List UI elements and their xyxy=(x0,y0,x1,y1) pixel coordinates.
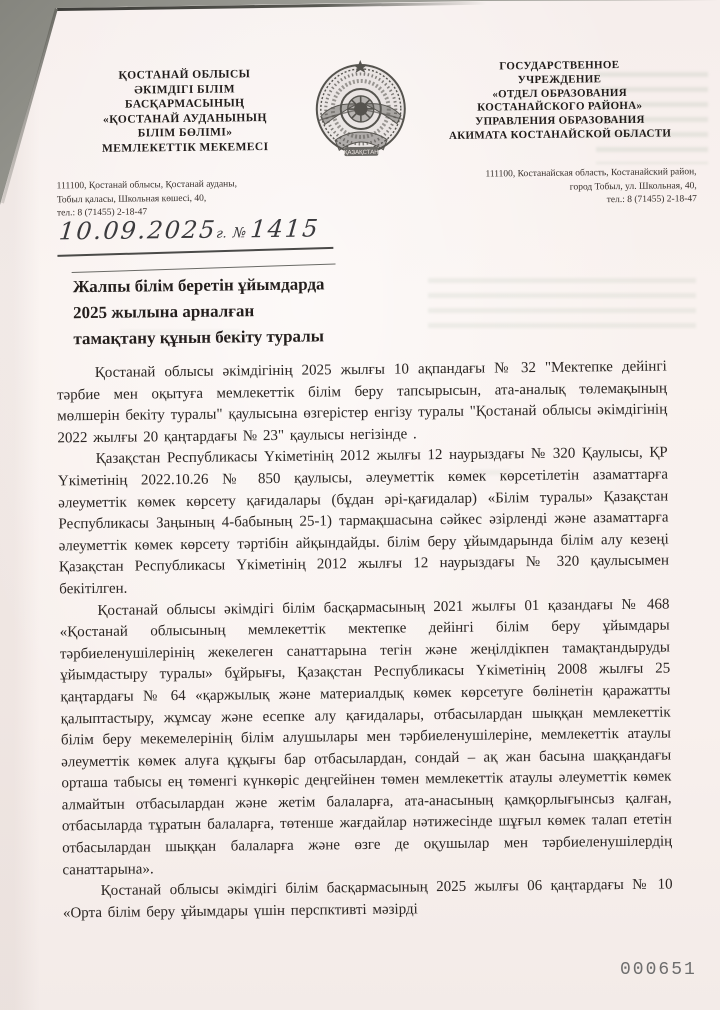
date-suffix: г. xyxy=(215,226,227,241)
emblem-banner-text: ҚАЗАҚСТАН xyxy=(344,150,379,156)
address-line: тел.: 8 (71455) 2-18-47 xyxy=(449,193,697,209)
title-line: Жалпы білім беретін ұйымдарда xyxy=(73,270,413,300)
title-line: тамақтану құнын бекіту туралы xyxy=(73,322,413,352)
org-line: МЕМЛЕКЕТТІК МЕКЕМЕСІ xyxy=(54,139,316,157)
handwritten-date: 10.09.2025 xyxy=(58,216,218,246)
body-paragraph: Қостанай облысы әкімдігі білім басқармас… xyxy=(63,875,673,925)
title-line: 2025 жылына арналған xyxy=(73,296,413,326)
document-content: ҚОСТАНАЙ ОБЛЫСЫ ӘКІМДІГІ БІЛІМ БАСҚАРМАС… xyxy=(0,0,720,1010)
document-title: Жалпы білім беретін ұйымдарда 2025 жылын… xyxy=(73,270,414,352)
page-number-stamp: 000651 xyxy=(620,960,697,980)
document-body: Қостанай облысы әкімдігінің 2025 жылғы 1… xyxy=(57,357,673,925)
letterhead-org-kazakh: ҚОСТАНАЙ ОБЛЫСЫ ӘКІМДІГІ БІЛІМ БАСҚАРМАС… xyxy=(53,66,316,157)
handwritten-registration: 10.09.2025г.№1415 xyxy=(58,214,361,245)
body-paragraph: Қостанай облысы әкімдігінің 2025 жылғы 1… xyxy=(57,357,668,450)
registration-underline xyxy=(57,247,333,256)
body-paragraph: Қазақстан Республикасы Үкіметінің 2012 ж… xyxy=(58,443,670,601)
letterhead-org-russian: ГОСУДАРСТВЕННОЕ УЧРЕЖДЕНИЕ «ОТДЕЛ ОБРАЗО… xyxy=(423,58,696,144)
numero-sign: № xyxy=(232,225,247,241)
body-paragraph: Қостанай облысы әкімдігі білім басқармас… xyxy=(59,594,672,882)
org-line: АКИМАТА КОСТАНАЙСКОЙ ОБЛАСТИ xyxy=(424,127,696,144)
address-russian: 111100, Костанайская область, Костанайск… xyxy=(448,166,696,209)
kazakhstan-coat-of-arms-emblem: ҚАЗАҚСТАН xyxy=(310,53,411,158)
handwritten-number: 1415 xyxy=(249,214,321,243)
